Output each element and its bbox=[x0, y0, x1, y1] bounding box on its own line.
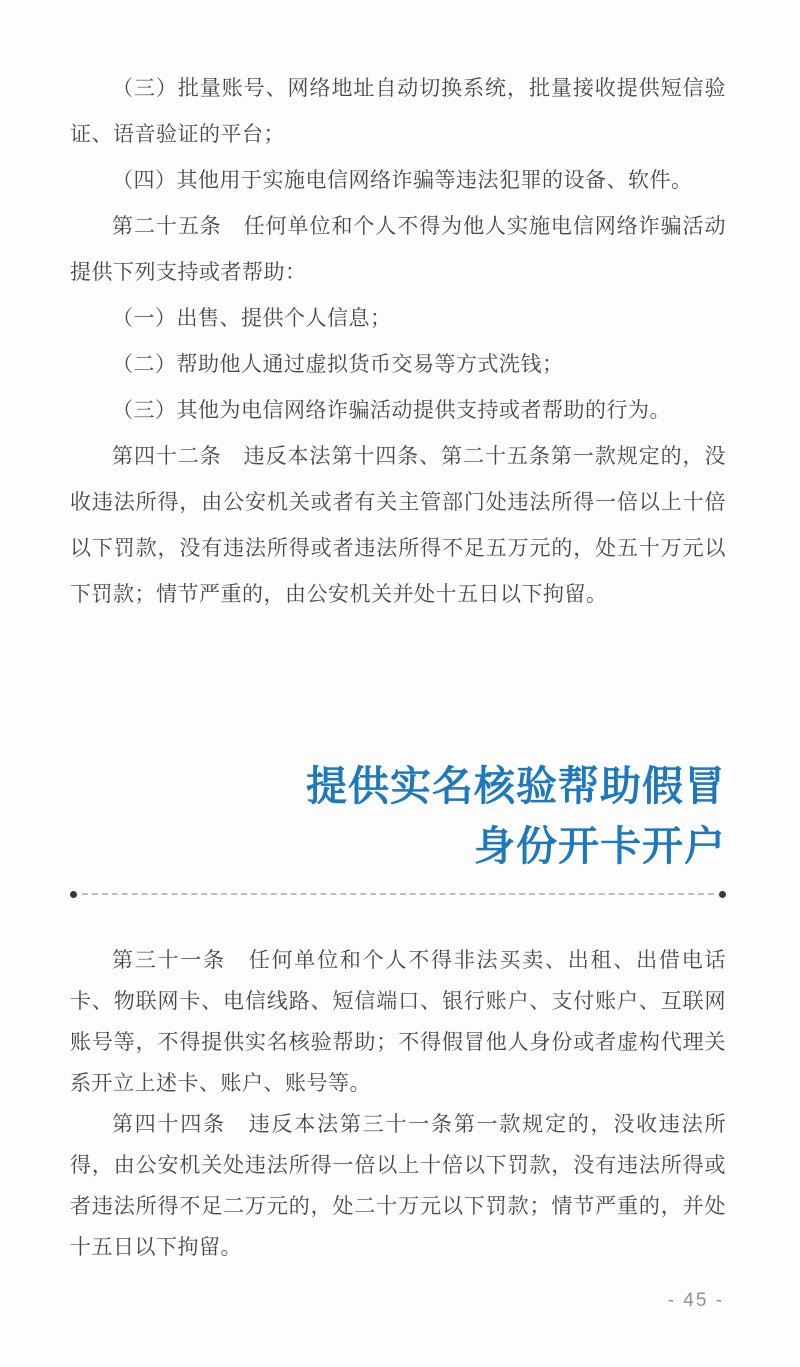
section-title-line1: 提供实名核验帮助假冒 bbox=[70, 756, 726, 816]
section-identity-verification: 第三十一条 任何单位和个人不得非法买卖、出租、出借电话卡、物联网卡、电信线路、短… bbox=[70, 940, 726, 1268]
para-article-25: 第二十五条 任何单位和个人不得为他人实施电信网络诈骗活动提供下列支持或者帮助： bbox=[70, 204, 726, 296]
para-other-devices: （四）其他用于实施电信网络诈骗等违法犯罪的设备、软件。 bbox=[70, 158, 726, 204]
para-virtual-currency-laundering: （二）帮助他人通过虚拟货币交易等方式洗钱； bbox=[70, 342, 726, 388]
section-title-line2: 身份开卡开户 bbox=[70, 816, 726, 876]
para-sell-personal-info: （一）出售、提供个人信息； bbox=[70, 296, 726, 342]
divider-dashed-line bbox=[82, 893, 714, 895]
section-fraud-support: （三）批量账号、网络地址自动切换系统，批量接收提供短信验证、语音验证的平台； （… bbox=[70, 66, 726, 618]
para-batch-accounts: （三）批量账号、网络地址自动切换系统，批量接收提供短信验证、语音验证的平台； bbox=[70, 66, 726, 158]
para-other-support-acts: （三）其他为电信网络诈骗活动提供支持或者帮助的行为。 bbox=[70, 388, 726, 434]
para-article-44: 第四十四条 违反本法第三十一条第一款规定的，没收违法所得，由公安机关处违法所得一… bbox=[70, 1104, 726, 1268]
page-footer: - 45 - bbox=[70, 1290, 726, 1312]
para-article-42: 第四十二条 违反本法第十四条、第二十五条第一款规定的，没收违法所得，由公安机关或… bbox=[70, 434, 726, 618]
section-divider bbox=[70, 890, 726, 898]
para-article-31: 第三十一条 任何单位和个人不得非法买卖、出租、出借电话卡、物联网卡、电信线路、短… bbox=[70, 940, 726, 1104]
document-page: （三）批量账号、网络地址自动切换系统，批量接收提供短信验证、语音验证的平台； （… bbox=[0, 0, 800, 1367]
divider-dot-right bbox=[719, 891, 726, 898]
page-number: - 45 - bbox=[668, 1290, 724, 1311]
divider-dot-left bbox=[70, 891, 77, 898]
section-title: 提供实名核验帮助假冒 身份开卡开户 bbox=[70, 756, 726, 876]
